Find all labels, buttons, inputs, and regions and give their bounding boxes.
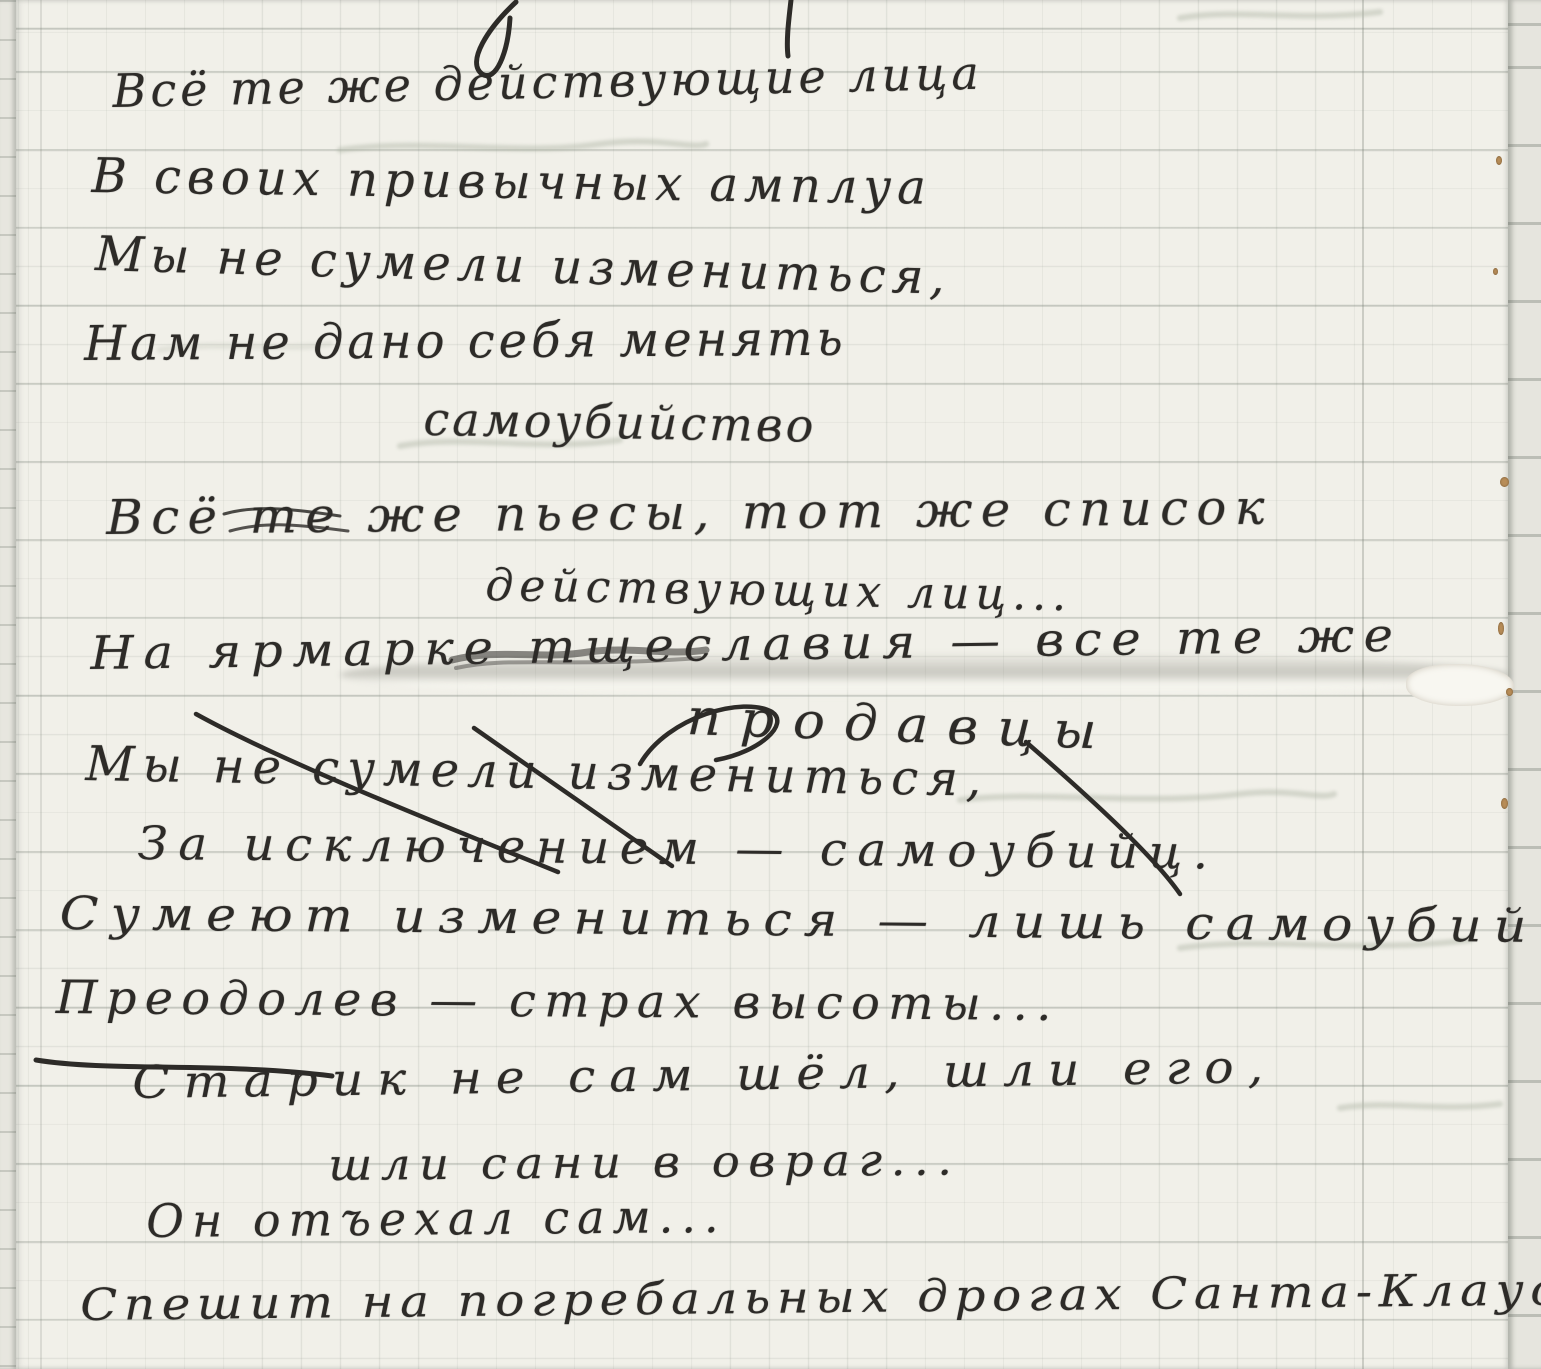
handwritten-line-13: Преодолев — страх высоты... — [56, 970, 1060, 1031]
torn-paper-speck — [1506, 688, 1513, 696]
torn-paper-speck — [1496, 156, 1502, 165]
torn-paper-speck — [1501, 798, 1508, 809]
handwritten-line-11: За исключением — самоубийц. — [138, 816, 1219, 879]
handwritten-line-15: шли сани в овраг... — [328, 1134, 961, 1191]
grid-heavy-vertical-line — [40, 0, 42, 1369]
torn-paper-speck — [1493, 268, 1498, 275]
page-edge-left — [0, 0, 16, 1369]
handwritten-line-5: самоубийство — [423, 392, 817, 453]
handwritten-line-7: действующих лиц... — [485, 560, 1073, 621]
handwritten-line-16: Он отъехал сам... — [146, 1189, 727, 1248]
torn-paper-speck — [1500, 477, 1509, 487]
torn-paper-speck — [1498, 622, 1504, 635]
scanned-notebook-page: Всё те же действующие лица В своих привы… — [0, 0, 1541, 1369]
handwritten-line-4: Нам не дано себя менять — [84, 311, 847, 372]
handwritten-line-2: В своих привычных амплуа — [91, 148, 932, 216]
handwritten-line-6: Всё те же пьесы, тот же список — [106, 480, 1273, 546]
torn-paper-patch — [1406, 664, 1514, 706]
